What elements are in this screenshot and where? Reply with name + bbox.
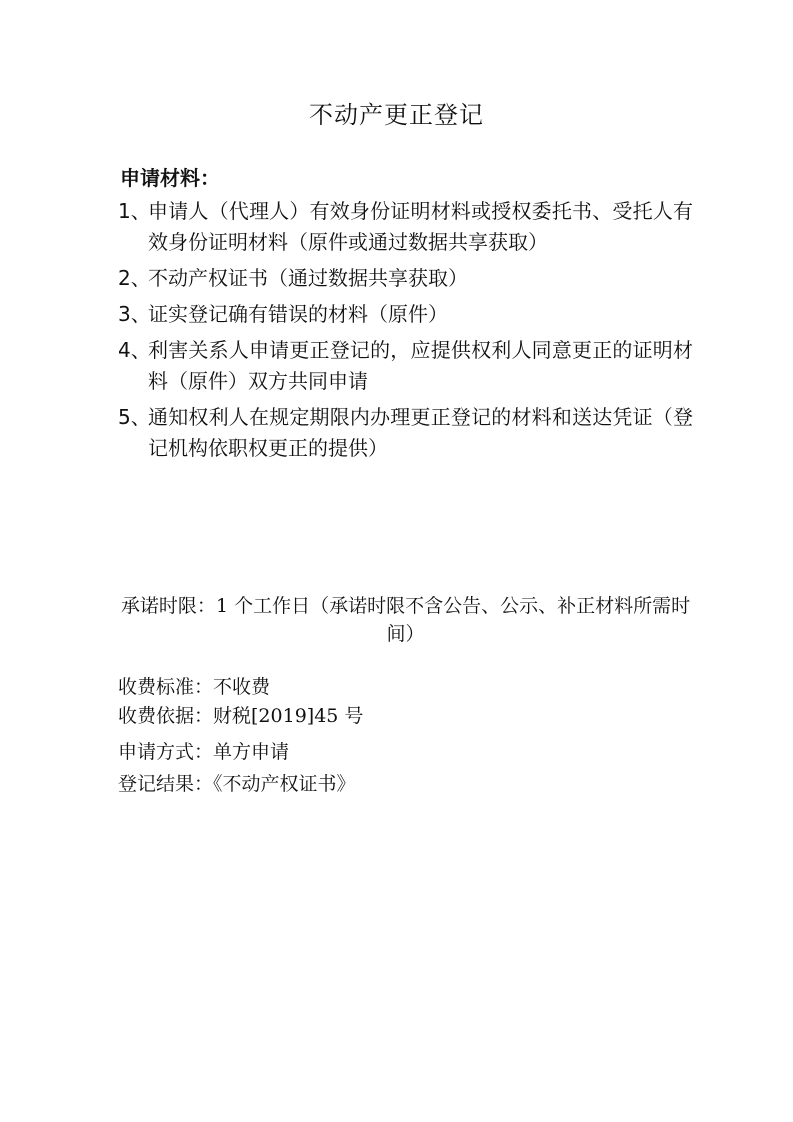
materials-list: 1、 申请人（代理人）有效身份证明材料或授权委托书、受托人有效身份证明材料（原件… (118, 196, 693, 469)
material-text: 申请人（代理人）有效身份证明材料或授权委托书、受托人有效身份证明材料（原件或通过… (148, 199, 693, 254)
apply-method-value: 单方申请 (213, 741, 289, 763)
fee-basis-value: 财税[2019]45 号 (213, 705, 363, 727)
document-title: 不动产更正登记 (0, 99, 793, 131)
materials-heading: 申请材料： (120, 164, 220, 192)
material-number: 3、 (118, 299, 151, 330)
material-number: 1、 (118, 196, 151, 227)
material-number: 5、 (118, 402, 151, 433)
material-number: 2、 (118, 263, 151, 294)
fee-standard-label: 收费标准： (118, 676, 213, 698)
material-text: 不动产权证书（通过数据共享获取） (148, 266, 468, 290)
commitment-label: 承诺时限： (121, 595, 216, 617)
material-item: 3、 证实登记确有错误的材料（原件） (118, 299, 693, 330)
apply-method-label: 申请方式： (118, 741, 213, 763)
material-item: 2、 不动产权证书（通过数据共享获取） (118, 263, 693, 294)
material-item: 5、 通知权利人在规定期限内办理更正登记的材料和送达凭证（登记机构依职权更正的提… (118, 402, 693, 464)
result-value: 《不动产权证书》 (213, 773, 356, 795)
material-item: 1、 申请人（代理人）有效身份证明材料或授权委托书、受托人有效身份证明材料（原件… (118, 196, 693, 258)
result-label: 登记结果： (118, 773, 213, 795)
material-item: 4、 利害关系人申请更正登记的，应提供权利人同意更正的证明材料（原件）双方共同申… (118, 335, 693, 397)
fee-basis: 收费依据：财税[2019]45 号 (118, 702, 693, 730)
fee-standard-value: 不收费 (213, 676, 270, 698)
apply-method: 申请方式：单方申请 (118, 738, 693, 766)
document-page: 不动产更正登记 申请材料： 1、 申请人（代理人）有效身份证明材料或授权委托书、… (0, 0, 793, 1122)
fee-basis-label: 收费依据： (118, 705, 213, 727)
material-number: 4、 (118, 335, 151, 366)
material-text: 通知权利人在规定期限内办理更正登记的材料和送达凭证（登记机构依职权更正的提供） (148, 405, 693, 460)
material-text: 证实登记确有错误的材料（原件） (148, 302, 448, 326)
material-text: 利害关系人申请更正登记的，应提供权利人同意更正的证明材料（原件）双方共同申请 (148, 338, 693, 393)
commitment-period: 承诺时限：1 个工作日（承诺时限不含公告、公示、补正材料所需时间） (118, 592, 693, 648)
commitment-value: 1 个工作日（承诺时限不含公告、公示、补正材料所需时间） (216, 595, 690, 645)
registration-result: 登记结果：《不动产权证书》 (118, 770, 693, 798)
fee-standard: 收费标准：不收费 (118, 673, 693, 701)
